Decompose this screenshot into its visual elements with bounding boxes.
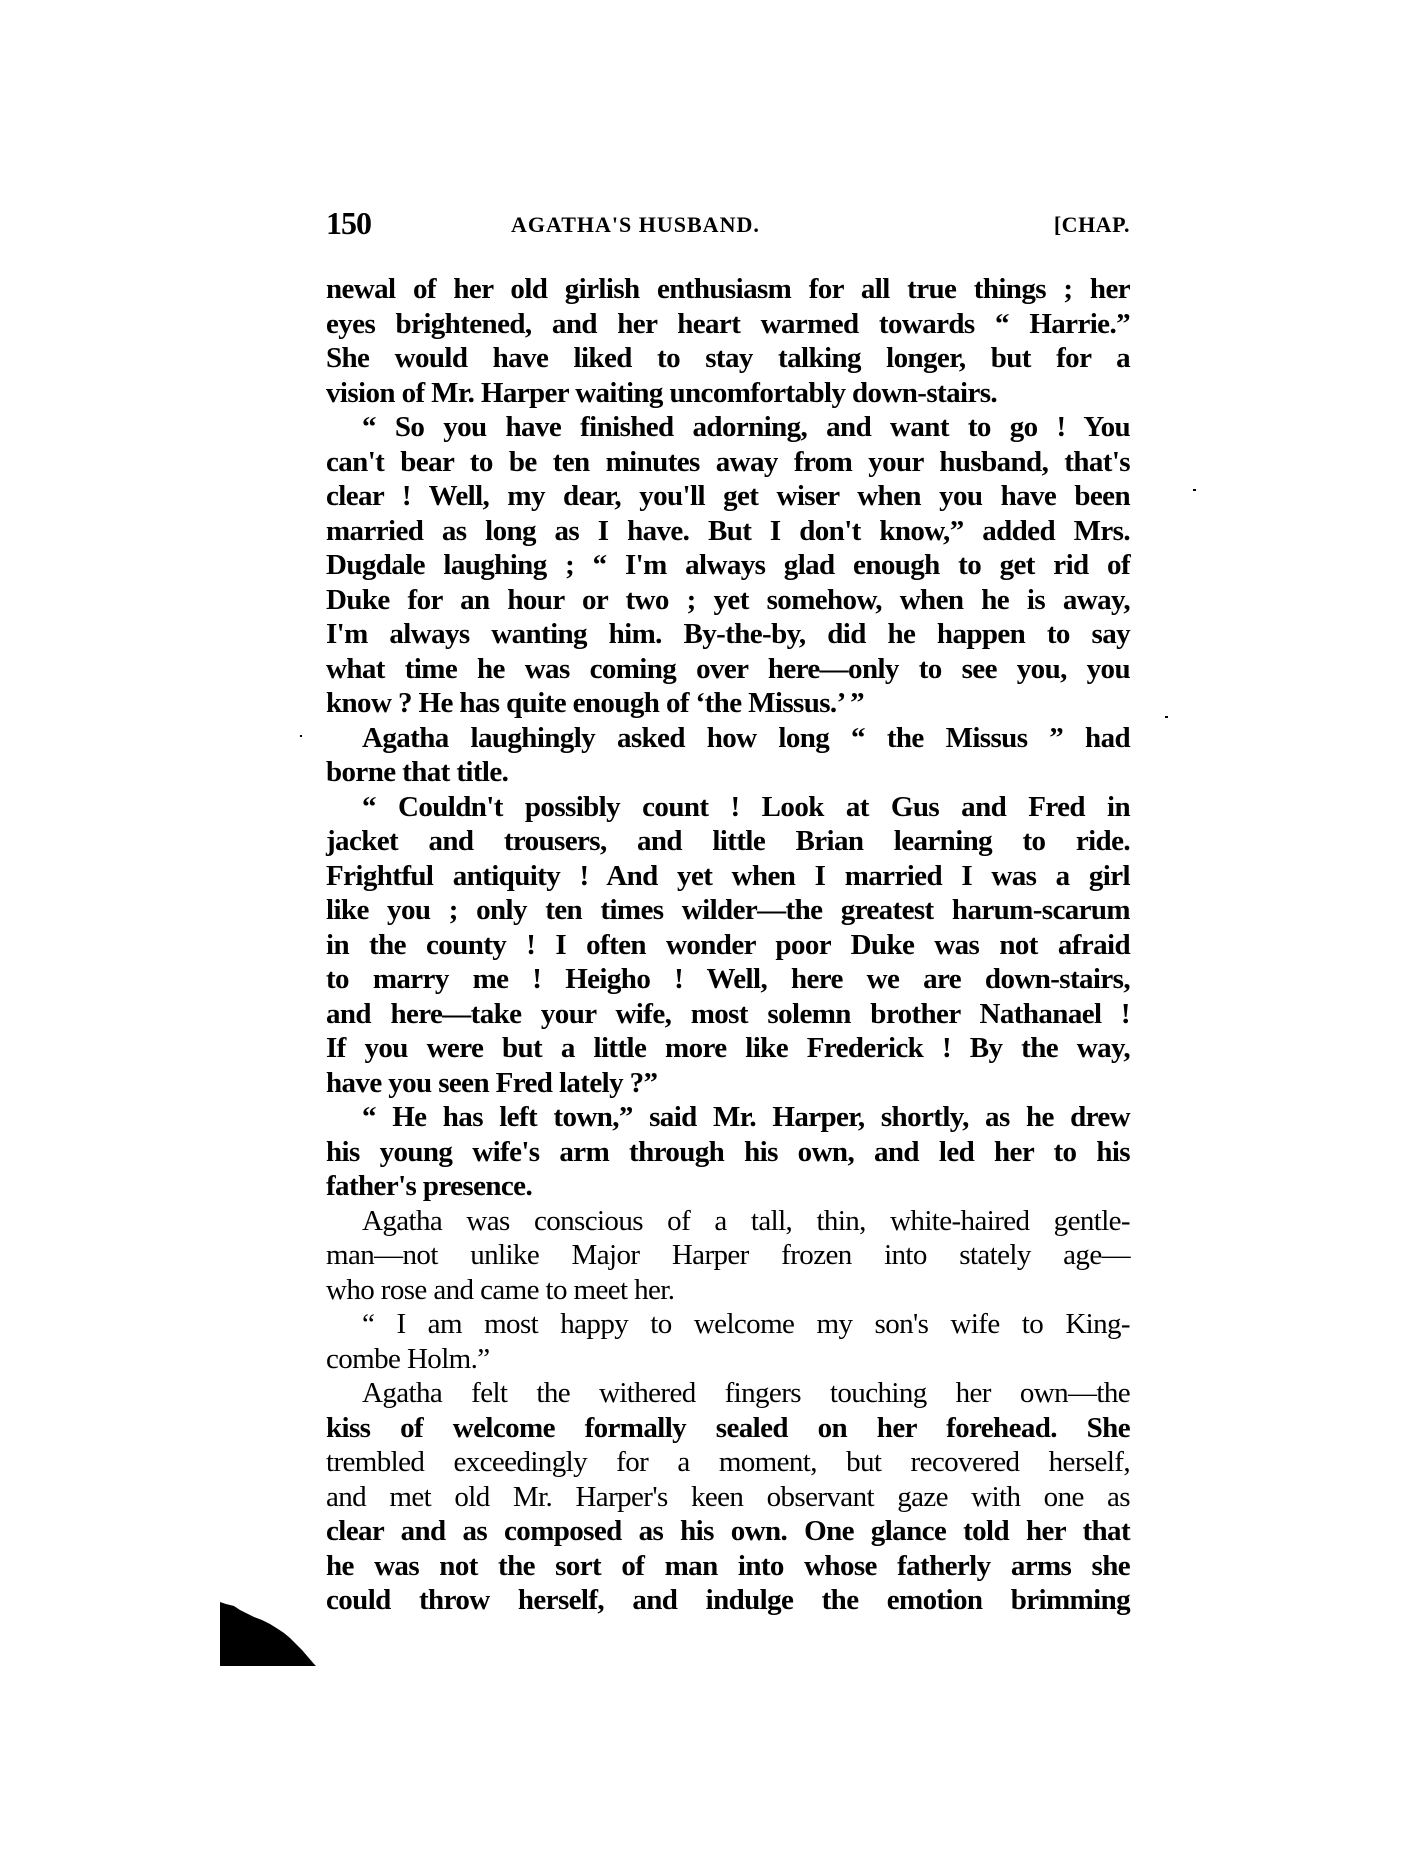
text-line: father's presence. (326, 1169, 1130, 1204)
text-line: Dugdale laughing ; “ I'm always glad eno… (326, 548, 1130, 583)
text-line: Agatha laughingly asked how long “ the M… (326, 721, 1130, 756)
text-line: I'm always wanting him. By-the-by, did h… (326, 617, 1130, 652)
text-line: who rose and came to meet her. (326, 1273, 1130, 1308)
text-line: he was not the sort of man into whose fa… (326, 1549, 1130, 1584)
paragraph: Agatha felt the withered fingers touchin… (326, 1376, 1130, 1618)
text-line: married as long as I have. But I don't k… (326, 514, 1130, 549)
paragraph: “ He has left town,” said Mr. Harper, sh… (326, 1100, 1130, 1204)
paragraph: newal of her old girlish enthusiasm for … (326, 272, 1130, 410)
text-line: and here—take your wife, most solemn bro… (326, 997, 1130, 1032)
text-line: like you ; only ten times wilder—the gre… (326, 893, 1130, 928)
paragraph: Agatha was conscious of a tall, thin, wh… (326, 1204, 1130, 1308)
text-line: combe Holm.” (326, 1342, 1130, 1377)
text-line: Agatha was conscious of a tall, thin, wh… (326, 1204, 1130, 1239)
text-line: man—not unlike Major Harper frozen into … (326, 1238, 1130, 1273)
scan-artifact-shape (220, 1602, 316, 1666)
running-title: AGATHA'S HUSBAND. (511, 208, 760, 242)
text-line: borne that title. (326, 755, 1130, 790)
body-text: newal of her old girlish enthusiasm for … (326, 272, 1130, 1618)
text-line: Frightful antiquity ! And yet when I mar… (326, 859, 1130, 894)
text-line: Duke for an hour or two ; yet somehow, w… (326, 583, 1130, 618)
text-line: “ I am most happy to welcome my son's wi… (326, 1307, 1130, 1342)
text-line: trembled exceedingly for a moment, but r… (326, 1445, 1130, 1480)
text-line: what time he was coming over here—only t… (326, 652, 1130, 687)
text-line: to marry me ! Heigho ! Well, here we are… (326, 962, 1130, 997)
text-line: have you seen Fred lately ?” (326, 1066, 1130, 1101)
scan-speck (1193, 489, 1196, 491)
paragraph: “ Couldn't possibly count ! Look at Gus … (326, 790, 1130, 1101)
text-line: his young wife's arm through his own, an… (326, 1135, 1130, 1170)
scan-speck (1165, 716, 1168, 718)
paragraph: “ I am most happy to welcome my son's wi… (326, 1307, 1130, 1376)
text-line: clear and as composed as his own. One gl… (326, 1514, 1130, 1549)
text-line: clear ! Well, my dear, you'll get wiser … (326, 479, 1130, 514)
text-line: She would have liked to stay talking lon… (326, 341, 1130, 376)
text-line: newal of her old girlish enthusiasm for … (326, 272, 1130, 307)
text-line: jacket and trousers, and little Brian le… (326, 824, 1130, 859)
scan-speck (300, 735, 302, 737)
text-line: “ Couldn't possibly count ! Look at Gus … (326, 790, 1130, 825)
text-line: kiss of welcome formally sealed on her f… (326, 1411, 1130, 1446)
paragraph: “ So you have finished adorning, and wan… (326, 410, 1130, 721)
text-line: “ So you have finished adorning, and wan… (326, 410, 1130, 445)
book-page: 150 AGATHA'S HUSBAND. [CHAP. newal of he… (0, 0, 1401, 1851)
running-head: 150 AGATHA'S HUSBAND. [CHAP. (326, 206, 1130, 240)
paragraph: Agatha laughingly asked how long “ the M… (326, 721, 1130, 790)
text-line: vision of Mr. Harper waiting uncomfortab… (326, 376, 1130, 411)
text-line: If you were but a little more like Frede… (326, 1031, 1130, 1066)
text-line: eyes brightened, and her heart warmed to… (326, 307, 1130, 342)
page-number: 150 (326, 206, 371, 240)
text-line: know ? He has quite enough of ‘the Missu… (326, 686, 1130, 721)
text-line: “ He has left town,” said Mr. Harper, sh… (326, 1100, 1130, 1135)
text-line: Agatha felt the withered fingers touchin… (326, 1376, 1130, 1411)
text-line: could throw herself, and indulge the emo… (326, 1583, 1130, 1618)
text-line: in the county ! I often wonder poor Duke… (326, 928, 1130, 963)
text-line: can't bear to be ten minutes away from y… (326, 445, 1130, 480)
chapter-mark: [CHAP. (1054, 208, 1130, 242)
text-line: and met old Mr. Harper's keen observant … (326, 1480, 1130, 1515)
